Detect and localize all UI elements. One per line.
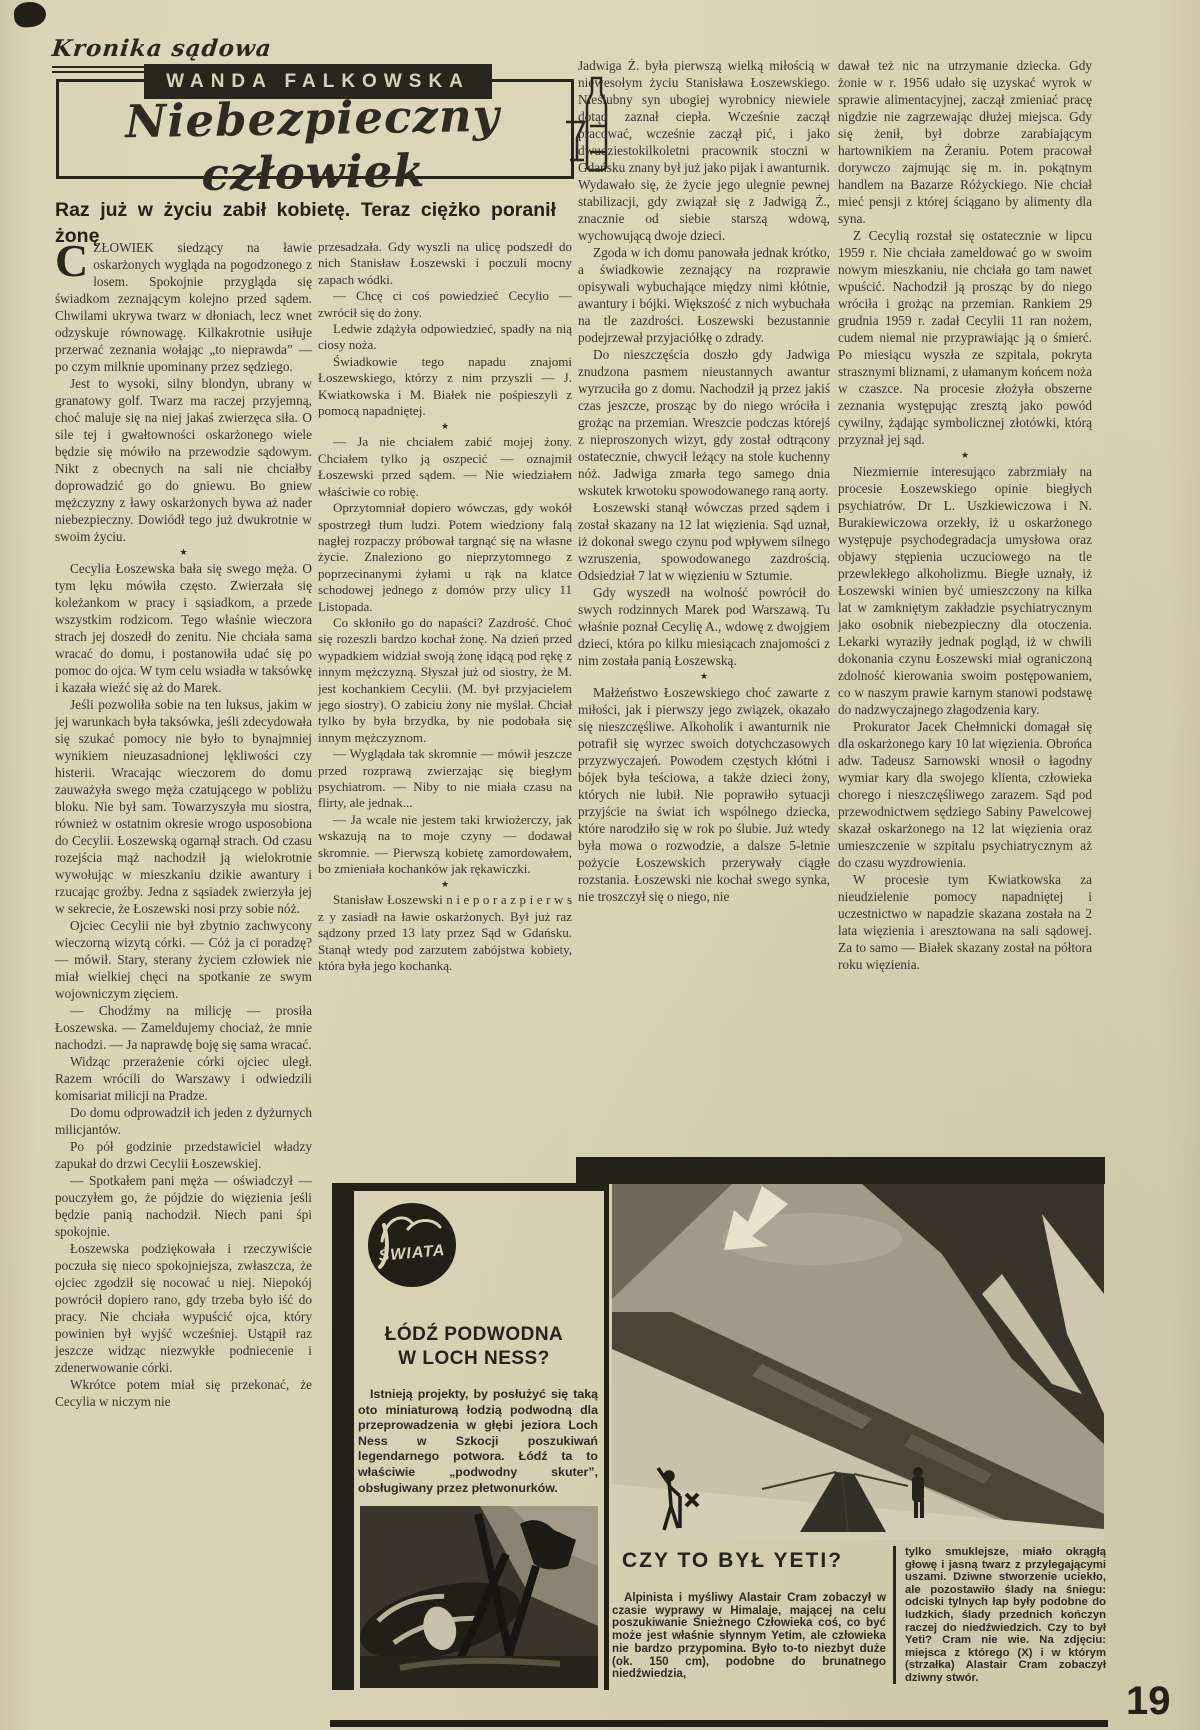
paragraph: Cecylia Łoszewska bała się swego męża. O… [55,560,312,696]
paragraph: W procesie tym Kwiatkowska za nieudziele… [838,871,1092,973]
paragraph: Małżeństwo Łoszewskiego choć zawarte z m… [578,684,830,905]
article-column-2: przesadzała. Gdy wyszli na ulicę podszed… [318,239,572,1181]
paragraph: Niezmiernie interesująco zabrzmiały na p… [838,463,1092,718]
page-number: 19 [1126,1680,1171,1722]
star-separator: ★ [318,877,572,892]
paragraph: Po pół godzinie przedstawiciel władzy za… [55,1138,312,1172]
paragraph: Oprzytomniał dopiero wówczas, gdy wokół … [318,500,572,615]
article-column-1: CZŁOWIEK siedzący na ławie oskarżonych w… [55,239,312,1410]
paragraph: Jadwiga Ż. była pierwszą wielką miłością… [578,57,830,244]
loch-ness-heading: ŁÓDŹ PODWODNA W LOCH NESS? [354,1323,594,1371]
paragraph: Zgoda w ich domu panowała jednak krótko,… [578,244,830,346]
paragraph: — Chodźmy na milicję — prosiła Łoszewska… [55,1002,312,1053]
star-separator: ★ [318,419,572,434]
paragraph: — Chcę ci coś powiedzieć Cecylio — zwróc… [318,288,572,321]
paragraph: Widząc przerażenie córki ojciec uległ. R… [55,1053,312,1104]
paragraph: — Ja wcale nie jestem taki krwiożerczy, … [318,812,572,878]
paragraph: — Wyglądała tak skromnie — mówił jeszcze… [318,746,572,812]
drop-cap: C [55,242,88,279]
paragraph: Z Cecylią rozstał się ostatecznie w lipc… [838,227,1092,448]
paragraph: Jeśli pozwoliła sobie na ten luksus, jak… [55,696,312,917]
paragraph: dawał też nic na utrzymanie dziecka. Gdy… [838,57,1092,227]
paragraph: Jest to wysoki, silny blondyn, ubrany w … [55,375,312,545]
article-column-4: dawał też nic na utrzymanie dziecka. Gdy… [838,57,1092,1155]
star-separator: ★ [838,448,1092,463]
paragraph: Łoszewski stanął wówczas przed sądem i z… [578,499,830,584]
paragraph: — Ja nie chciałem zabić mojej żony. Chci… [318,434,572,500]
paragraph: CZŁOWIEK siedzący na ławie oskarżonych w… [55,239,312,375]
yeti-caption-left: Alpinista i myśliwy Alastair Cram zobacz… [612,1592,886,1681]
section-label: Kronika sądowa [51,36,273,62]
paragraph: Prokurator Jacek Chełmnicki domagał się … [838,718,1092,871]
star-separator: ★ [578,669,830,684]
paragraph: Świadkowie tego napadu znajomi Łoszewski… [318,354,572,420]
article-title: Niebezpieczny człowiek [65,88,561,205]
paragraph: Stanisław Łoszewski n i e p o r a z p i … [318,892,572,974]
paragraph: Ojciec Cecylii nie był zbytnio zachwycon… [55,917,312,1002]
column-divider [893,1546,896,1684]
swiata-logo: ŚWIATA [368,1203,456,1287]
star-separator: ★ [55,545,312,560]
paragraph: Ledwie zdążyła odpowiedzieć, spadły na n… [318,321,572,354]
newspaper-page: Kronika sądowa WANDA FALKOWSKA Niebezpie… [0,0,1200,1730]
yeti-heading: CZY TO BYŁ YETI? [622,1548,884,1574]
paragraph: przesadzała. Gdy wyszli na ulicę podszed… [318,239,572,288]
article-column-3: Jadwiga Ż. była pierwszą wielką miłością… [578,57,830,905]
loch-ness-body: Istnieją projekty, by posłużyć się taką … [358,1387,598,1496]
paragraph: Co skłoniło go do napaści? Zazdrość. Cho… [318,615,572,746]
paragraph: Gdy wyszedł na wolność powrócił do swych… [578,584,830,669]
paragraph: Do domu odprowadził ich jeden z dyżurnyc… [55,1104,312,1138]
paragraph: Do nieszczęścia doszło gdy Jadwiga znudz… [578,346,830,499]
submarine-photo [360,1506,598,1688]
photo-top-band [576,1157,1105,1184]
loch-ness-box: ŚWIATA ŁÓDŹ PODWODNA W LOCH NESS? Istnie… [332,1183,609,1690]
ink-blob [13,0,47,28]
yeti-mountain-photo [612,1184,1104,1540]
paragraph: Wkrótce potem miał się przekonać, że Cec… [55,1376,312,1410]
yeti-caption-right: tylko smuklejsze, miało okrągłą głowę i … [905,1546,1106,1685]
paragraph: Łoszewska podziękowała i rzeczywiście po… [55,1240,312,1376]
bottom-rule [330,1720,1108,1727]
paragraph: — Spotkałem pani męża — oświadczył — pou… [55,1172,312,1240]
